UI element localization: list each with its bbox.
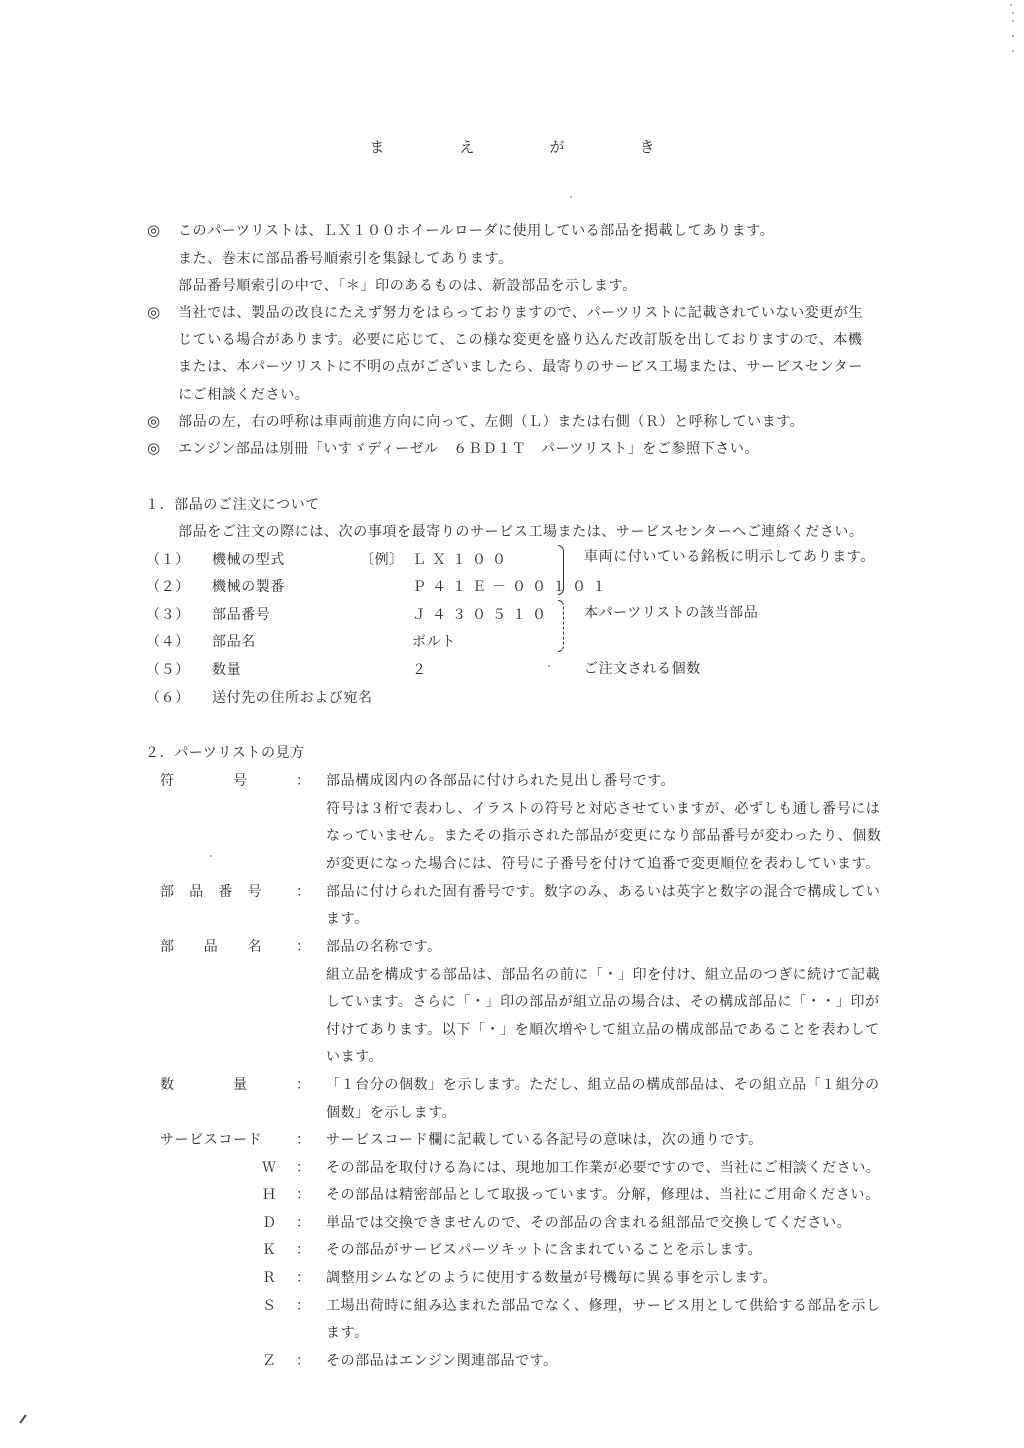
order-item-number: （１）	[146, 551, 190, 569]
order-item-number: （４）	[146, 633, 190, 651]
term-colon: ：	[296, 1159, 311, 1177]
service-code-desc: 調整用シムなどのように使用する数量が号機毎に異る事を示します。	[326, 1269, 777, 1287]
intro-line: 当社では、製品の改良にたえず努力をはらっておりますので、パーツリストに記載されて…	[178, 304, 863, 322]
scan-speck	[1012, 50, 1014, 52]
term-colon: ：	[296, 772, 311, 790]
service-code-desc: 単品では交換できませんので、その部品の含まれる組部品で交換してください。	[326, 1214, 851, 1232]
term-desc-line: しています。さらに「・」印の部品が組立品の場合は、その構成部品に「・・」印が	[326, 993, 880, 1011]
order-item-number: （３）	[146, 606, 190, 624]
grouping-bracket	[558, 545, 564, 595]
order-item-label: 部品番号	[212, 606, 270, 624]
intro-line: また、巻末に部品番号順索引を集録してあります。	[178, 250, 513, 268]
page-title: ま え が き	[0, 136, 1024, 157]
order-item-label: 機械の製番	[212, 578, 285, 596]
term-colon: ：	[296, 1241, 311, 1259]
section-intro: 部品をご注文の際には、次の事項を最寄りのサービス工場または、サービスセンターへご…	[178, 523, 864, 541]
scan-speck	[1012, 35, 1014, 37]
double-circle-bullet-icon: ◎	[147, 439, 160, 457]
double-circle-bullet-icon: ◎	[147, 303, 160, 321]
scan-speck	[1012, 12, 1014, 14]
term-desc-line: 部品に付けられた固有番号です。数字のみ、あるいは英字と数字の混合で構成してい	[326, 883, 881, 901]
term-colon: ：	[296, 1269, 311, 1287]
service-code-letter: Ｚ	[262, 1352, 277, 1370]
service-code-desc: ます。	[326, 1324, 369, 1342]
term-label: 符 号	[160, 772, 248, 790]
order-item-value: Ｐ４１Ｅ－００１０１	[412, 578, 612, 596]
intro-line: じている場合があります。必要に応じて、この様な変更を盛り込んだ改訂版を出しており…	[178, 331, 863, 349]
intro-line: エンジン部品は別冊「いすゞディーゼル ６ＢＤ１Ｔ パーツリスト」をご参照下さい。	[178, 440, 759, 458]
order-note: 車両に付いている銘板に明示してあります。	[584, 548, 875, 566]
service-code-desc: その部品を取付ける為には、現地加工作業が必要ですので、当社にご相談ください。	[326, 1159, 881, 1177]
term-desc-line: なっていません。またその指示された部品が変更になり部品番号が変わったり、個数	[326, 827, 882, 845]
term-desc-line: サービスコード欄に記載している各記号の意味は，次の通りです。	[326, 1131, 763, 1149]
intro-line: 部品の左，右の呼称は車両前進方向に向って、左側（Ｌ）または右側（Ｒ）と呼称してい…	[178, 413, 804, 431]
term-label: サービスコード	[160, 1131, 262, 1149]
service-code-letter: Ｄ	[262, 1214, 277, 1232]
example-label: 〔例〕	[360, 551, 404, 569]
order-note: 本パーツリストの該当部品	[584, 604, 758, 622]
scan-speck	[1010, 4, 1012, 6]
document-page: ま え が き ◎ このパーツリストは、ＬＸ１００ホイールローダに使用している部…	[0, 0, 1024, 1448]
term-desc-line: 部品構成図内の各部品に付けられた見出し番号です。	[326, 772, 675, 790]
term-colon: ：	[296, 1352, 311, 1370]
term-label: 部 品 番 号	[160, 883, 262, 901]
order-item-number: （２）	[146, 578, 190, 596]
term-colon: ：	[296, 1131, 311, 1149]
order-item-number: （５）	[146, 661, 190, 679]
term-colon: ：	[296, 1186, 311, 1204]
order-item-label: 機械の型式	[212, 551, 285, 569]
order-item-value: Ｊ４３０５１０	[412, 606, 552, 624]
service-code-letter: Ｈ	[262, 1186, 277, 1204]
intro-line: または、本パーツリストに不明の点がございましたら、最寄りのサービス工場または、サ…	[178, 358, 863, 376]
term-desc-line: ます。	[326, 910, 369, 928]
term-colon: ：	[296, 883, 311, 901]
intro-line: このパーツリストは、ＬＸ１００ホイールローダに使用している部品を掲載してあります…	[178, 222, 774, 240]
order-item-label: 送付先の住所および宛名	[212, 689, 373, 707]
service-code-desc: その部品はエンジン関連部品です。	[326, 1352, 558, 1370]
term-desc-line: 付けてあります。以下「・」を順次増やして組立品の構成部品であることを表わして	[326, 1021, 880, 1039]
order-item-label: 部品名	[212, 633, 256, 651]
term-colon: ：	[296, 1076, 311, 1094]
order-item-value: ２	[412, 661, 432, 679]
intro-line: 部品番号順索引の中で、「＊」印のあるものは、新設部品を示します。	[178, 277, 637, 295]
term-desc-line: 「１台分の個数」を示します。ただし、組立品の構成部品は、その組立品「１組分の	[326, 1076, 880, 1094]
term-desc-line: 個数」を示します。	[326, 1104, 456, 1122]
scan-speck	[548, 665, 550, 667]
scan-speck	[570, 196, 572, 198]
double-circle-bullet-icon: ◎	[147, 221, 160, 239]
service-code-letter: Ｋ	[262, 1241, 277, 1259]
term-desc-line: 部品の名称です。	[326, 938, 442, 956]
term-desc-line: います。	[326, 1048, 383, 1066]
service-code-letter: Ｗ	[262, 1159, 277, 1177]
service-code-letter: Ｒ	[262, 1269, 277, 1287]
order-item-label: 数量	[212, 661, 241, 679]
term-colon: ：	[296, 1297, 311, 1315]
intro-line: にご相談ください。	[178, 386, 309, 404]
service-code-desc: 工場出荷時に組み込まれた部品でなく、修理，サービス用として供給する部品を示し	[326, 1297, 881, 1315]
section-heading: ２．パーツリストの見方	[145, 744, 305, 762]
order-item-value: ボルト	[412, 633, 456, 651]
term-colon: ：	[296, 1214, 311, 1232]
grouping-bracket	[558, 600, 564, 652]
order-item-number: （６）	[146, 689, 190, 707]
section-heading: １．部品のご注文について	[145, 496, 320, 514]
scan-speck	[210, 855, 212, 857]
service-code-desc: その部品がサービスパーツキットに含まれていることを示します。	[326, 1241, 762, 1259]
term-label: 数 量	[160, 1076, 248, 1094]
term-colon: ：	[296, 938, 311, 956]
order-note: ご注文される個数	[584, 660, 701, 678]
service-code-letter: Ｓ	[262, 1297, 277, 1315]
service-code-desc: その部品は精密部品として取扱っています。分解，修理は、当社にご用命ください。	[326, 1186, 880, 1204]
order-item-value: ＬＸ１００	[412, 551, 512, 569]
term-desc-line: 符号は３桁で表わし、イラストの符号と対応させていますが、必ずしも通し番号には	[326, 800, 880, 818]
term-label: 部 品 名	[160, 938, 262, 956]
term-desc-line: 組立品を構成する部品は、部品名の前に「・」印を付け、組立品のつぎに続けて記載	[326, 966, 880, 984]
scan-speck	[1012, 20, 1014, 22]
term-desc-line: が変更になった場合には、符号に子番号を付けて追番で変更順位を表わしています。	[326, 855, 880, 873]
pen-mark	[19, 1414, 26, 1423]
double-circle-bullet-icon: ◎	[147, 412, 160, 430]
